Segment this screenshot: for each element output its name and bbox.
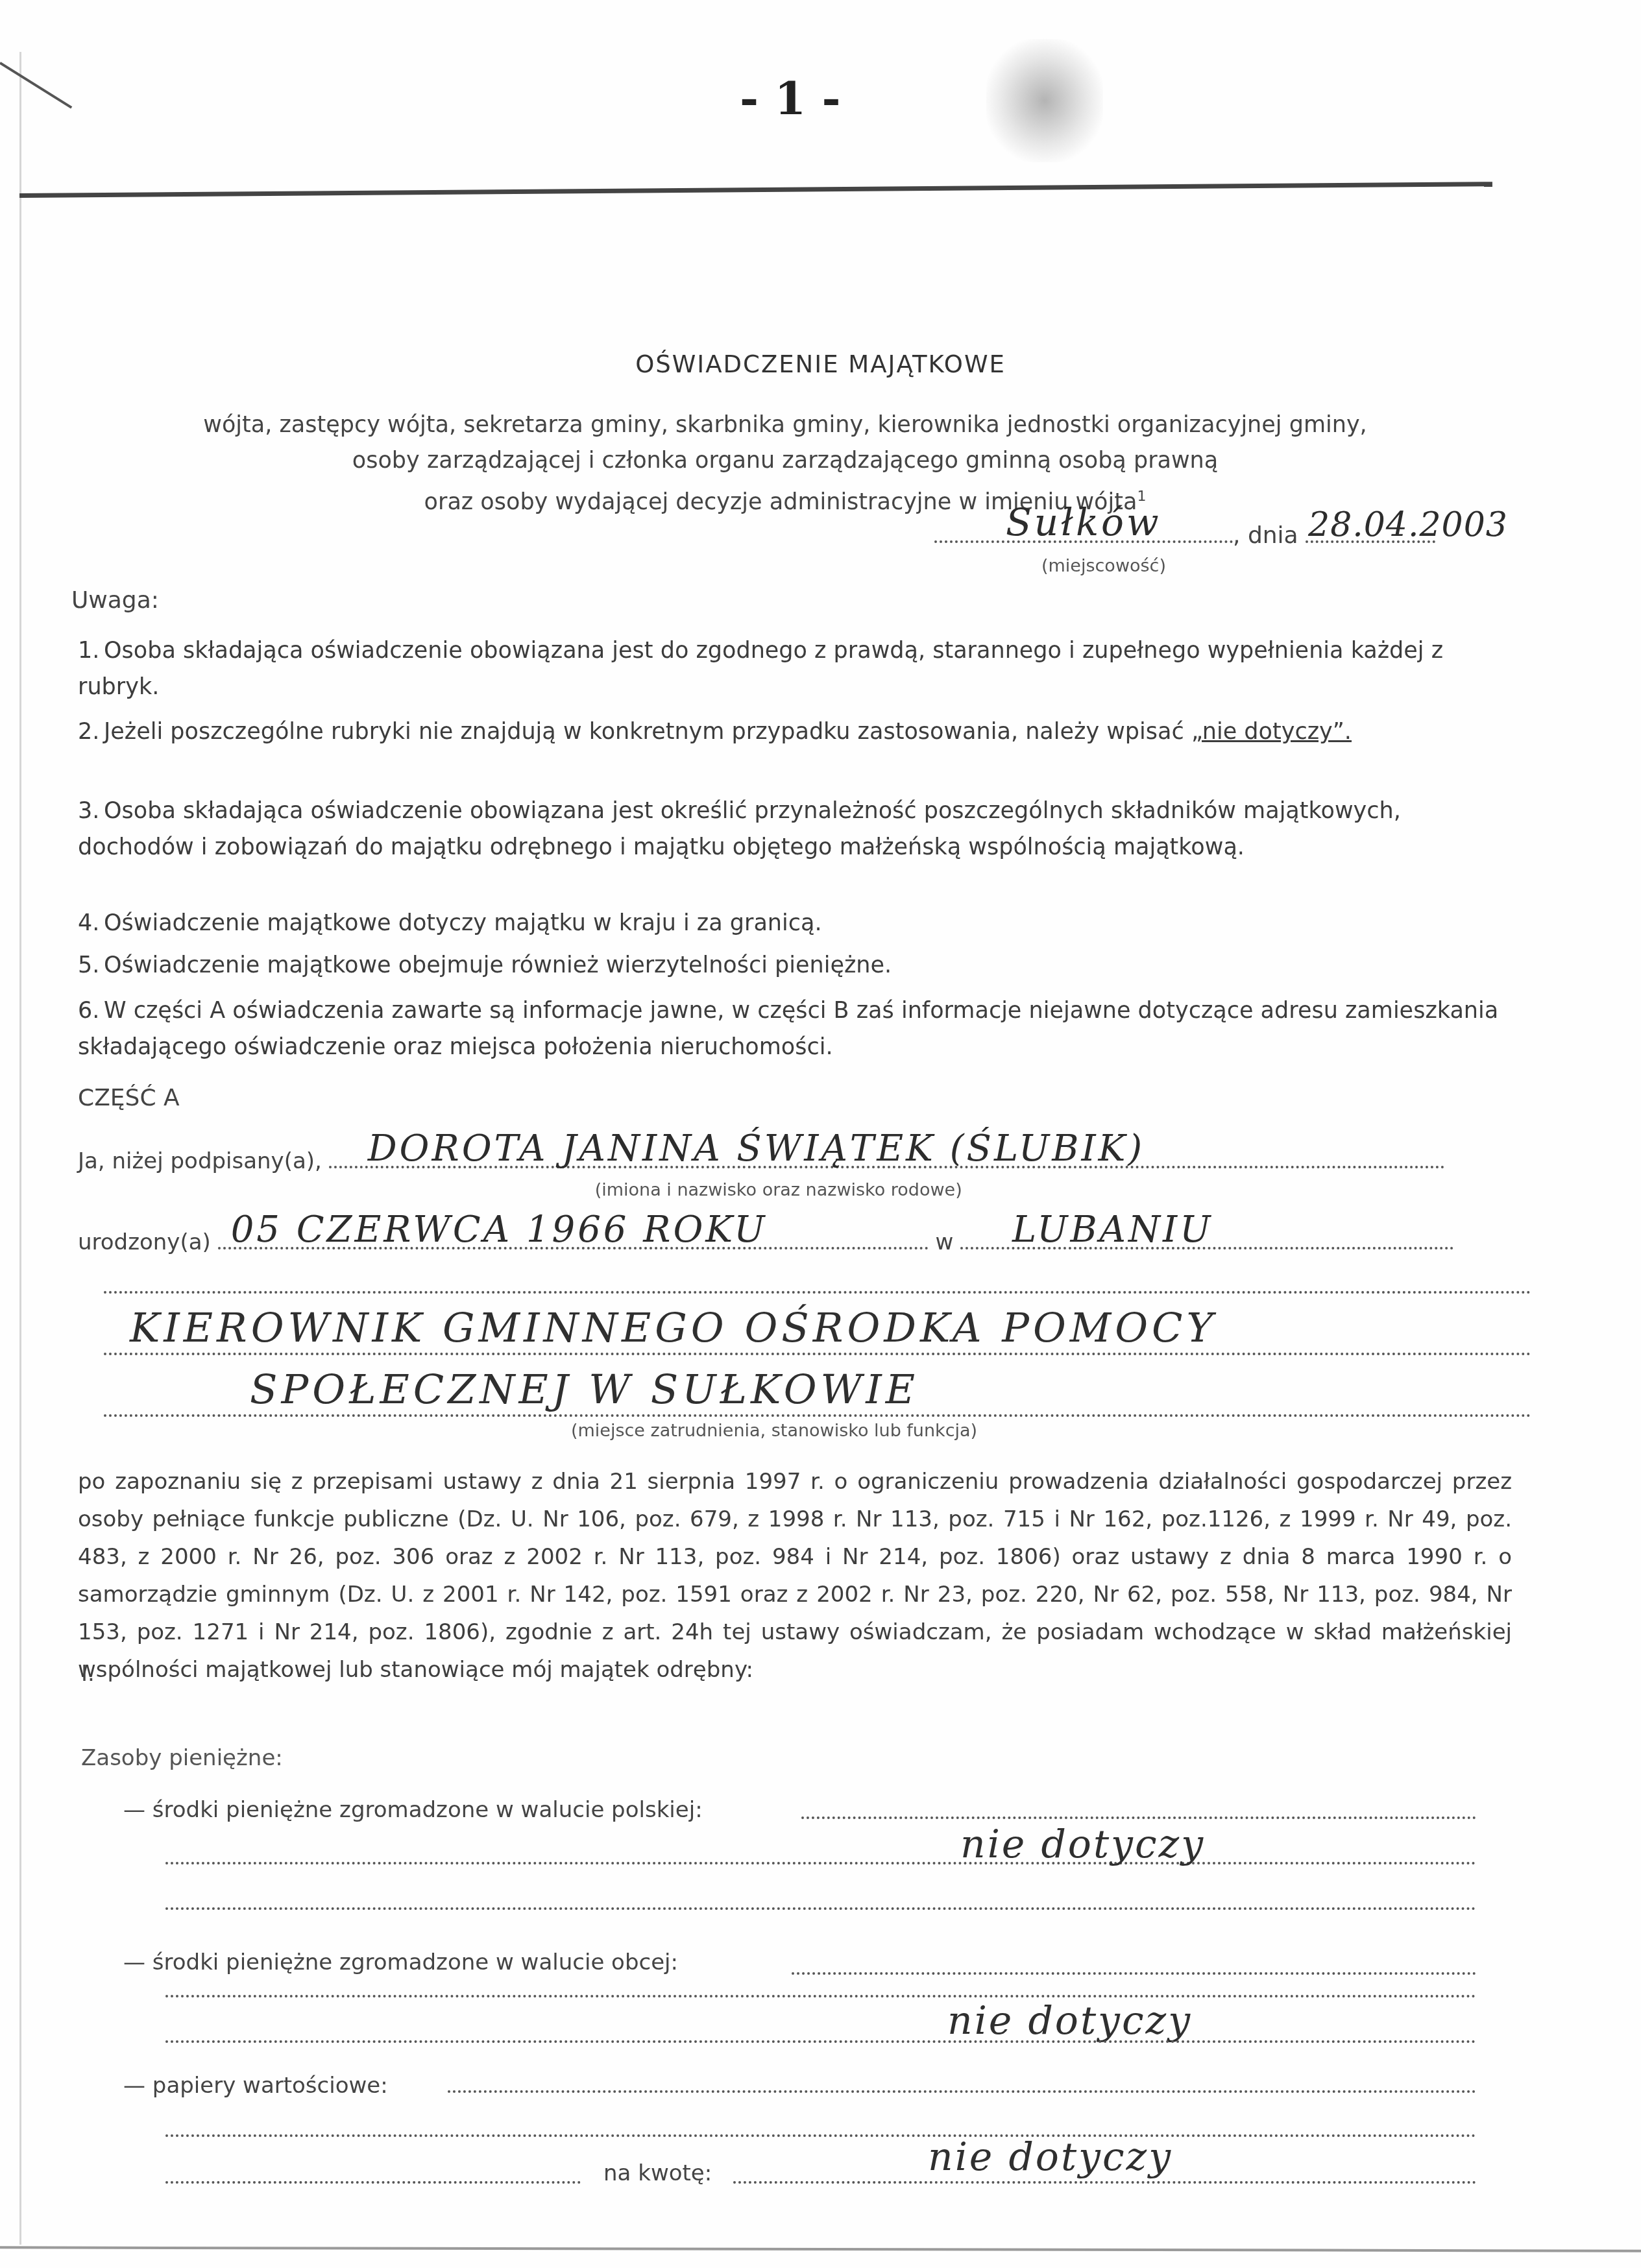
note-item: 4.Oświadczenie majątkowe dotyczy majątku… xyxy=(78,905,1505,941)
corner-mark xyxy=(0,62,72,108)
employment-line-1[interactable] xyxy=(104,1291,1531,1294)
scan-edge xyxy=(19,52,21,2245)
signatory-label: Ja, niżej podpisany(a), xyxy=(78,1148,322,1174)
section-title: Zasoby pieniężne: xyxy=(81,1745,283,1771)
date-value: 28.04.2003 xyxy=(1308,505,1508,544)
date-field[interactable]: 28.04.2003 xyxy=(1306,524,1435,543)
signatory-caption: (imiona i nazwisko oraz nazwisko rodowe) xyxy=(595,1180,962,1200)
employment-value-1: KIEROWNIK GMINNEGO OŚRODKA POMOCY xyxy=(130,1304,1217,1351)
subtitle-line: osoby zarządzającej i członka organu zar… xyxy=(65,443,1505,479)
employment-line-2[interactable] xyxy=(104,1353,1531,1355)
securities-line-1[interactable] xyxy=(165,2134,1476,2137)
born-place-value: LUBANIU xyxy=(1012,1209,1213,1251)
signatory-value: DOROTA JANINA ŚWIĄTEK (ŚLUBIK) xyxy=(368,1128,1145,1170)
subtitle-line: oraz osoby wydającej decyzje administrac… xyxy=(65,479,1505,520)
born-in-label: w xyxy=(935,1229,953,1255)
polish-currency-line-0[interactable] xyxy=(801,1816,1476,1819)
born-date-field[interactable]: 05 CZERWCA 1966 ROKU xyxy=(218,1230,929,1249)
employment-line-3[interactable] xyxy=(104,1414,1531,1417)
polish-currency-label: — środki pieniężne zgromadzone w walucie… xyxy=(123,1797,703,1823)
securities-label: — papiery wartościowe: xyxy=(123,2073,388,2099)
place-value: Sułków xyxy=(1006,500,1161,544)
document-page: - 1 - OŚWIADCZENIE MAJĄTKOWE wójta, zast… xyxy=(0,0,1641,2268)
notes-heading: Uwaga: xyxy=(71,587,159,614)
document-title: OŚWIADCZENIE MAJĄTKOWE xyxy=(0,350,1641,378)
note-item: 5.Oświadczenie majątkowe obejmuje równie… xyxy=(78,947,1505,983)
born-label: urodzony(a) xyxy=(78,1229,211,1255)
amount-line-left[interactable] xyxy=(165,2181,581,2184)
employment-value-2: SPOŁECZNEJ W SUŁKOWIE xyxy=(250,1366,919,1413)
securities-line-0[interactable] xyxy=(448,2090,1476,2093)
place-field[interactable]: Sułków (miejscowość) xyxy=(934,524,1233,543)
foreign-currency-line-2[interactable] xyxy=(165,2040,1476,2043)
note-item: 3.Osoba składająca oświadczenie obowiąza… xyxy=(78,793,1505,865)
note-emphasis: „nie dotyczy”. xyxy=(1191,719,1352,745)
employment-caption: (miejsce zatrudnienia, stanowisko lub fu… xyxy=(571,1421,977,1441)
polish-currency-value: nie dotyczy xyxy=(960,1822,1205,1867)
bottom-rule xyxy=(0,2246,1641,2252)
note-item: 1.Osoba składająca oświadczenie obowiąza… xyxy=(78,633,1505,705)
amount-field[interactable] xyxy=(733,2181,1476,2184)
date-label: dnia xyxy=(1248,522,1298,549)
foreign-currency-line-1[interactable] xyxy=(165,1995,1476,1997)
polish-currency-line-1[interactable] xyxy=(165,1862,1476,1864)
foreign-currency-line-0[interactable] xyxy=(792,1972,1476,1975)
polish-currency-line-2[interactable] xyxy=(165,1907,1476,1910)
amount-value: nie dotyczy xyxy=(928,2134,1173,2180)
foreign-currency-value: nie dotyczy xyxy=(947,1998,1192,2044)
note-item: 2.Jeżeli poszczególne rubryki nie znajdu… xyxy=(78,714,1505,750)
place-caption: (miejscowość) xyxy=(1041,556,1166,576)
part-a-heading: CZĘŚĆ A xyxy=(78,1085,180,1111)
place-date-line: Sułków (miejscowość) , dnia 28.04.2003 xyxy=(934,522,1435,549)
top-rule xyxy=(19,182,1492,198)
legal-statement: po zapoznaniu się z przepisami ustawy z … xyxy=(78,1463,1512,1689)
section-number: I. xyxy=(81,1661,95,1687)
signatory-row: Ja, niżej podpisany(a), DOROTA JANINA ŚW… xyxy=(78,1148,1445,1174)
signatory-field[interactable]: DOROTA JANINA ŚWIĄTEK (ŚLUBIK) (imiona i… xyxy=(329,1149,1445,1168)
note-item: 6.W części A oświadczenia zawarte są inf… xyxy=(78,993,1505,1065)
birth-row: urodzony(a) 05 CZERWCA 1966 ROKU w LUBAN… xyxy=(78,1229,1453,1255)
subtitle-line: wójta, zastępcy wójta, sekretarza gminy,… xyxy=(65,407,1505,443)
foreign-currency-label: — środki pieniężne zgromadzone w walucie… xyxy=(123,1949,678,1975)
born-date-value: 05 CZERWCA 1966 ROKU xyxy=(231,1209,768,1251)
born-place-field[interactable]: LUBANIU xyxy=(960,1230,1453,1249)
page-number: - 1 - xyxy=(740,71,841,125)
stamp-smudge xyxy=(986,39,1103,162)
amount-label: na kwotę: xyxy=(603,2160,712,2186)
document-subtitle: wójta, zastępcy wójta, sekretarza gminy,… xyxy=(65,407,1505,520)
